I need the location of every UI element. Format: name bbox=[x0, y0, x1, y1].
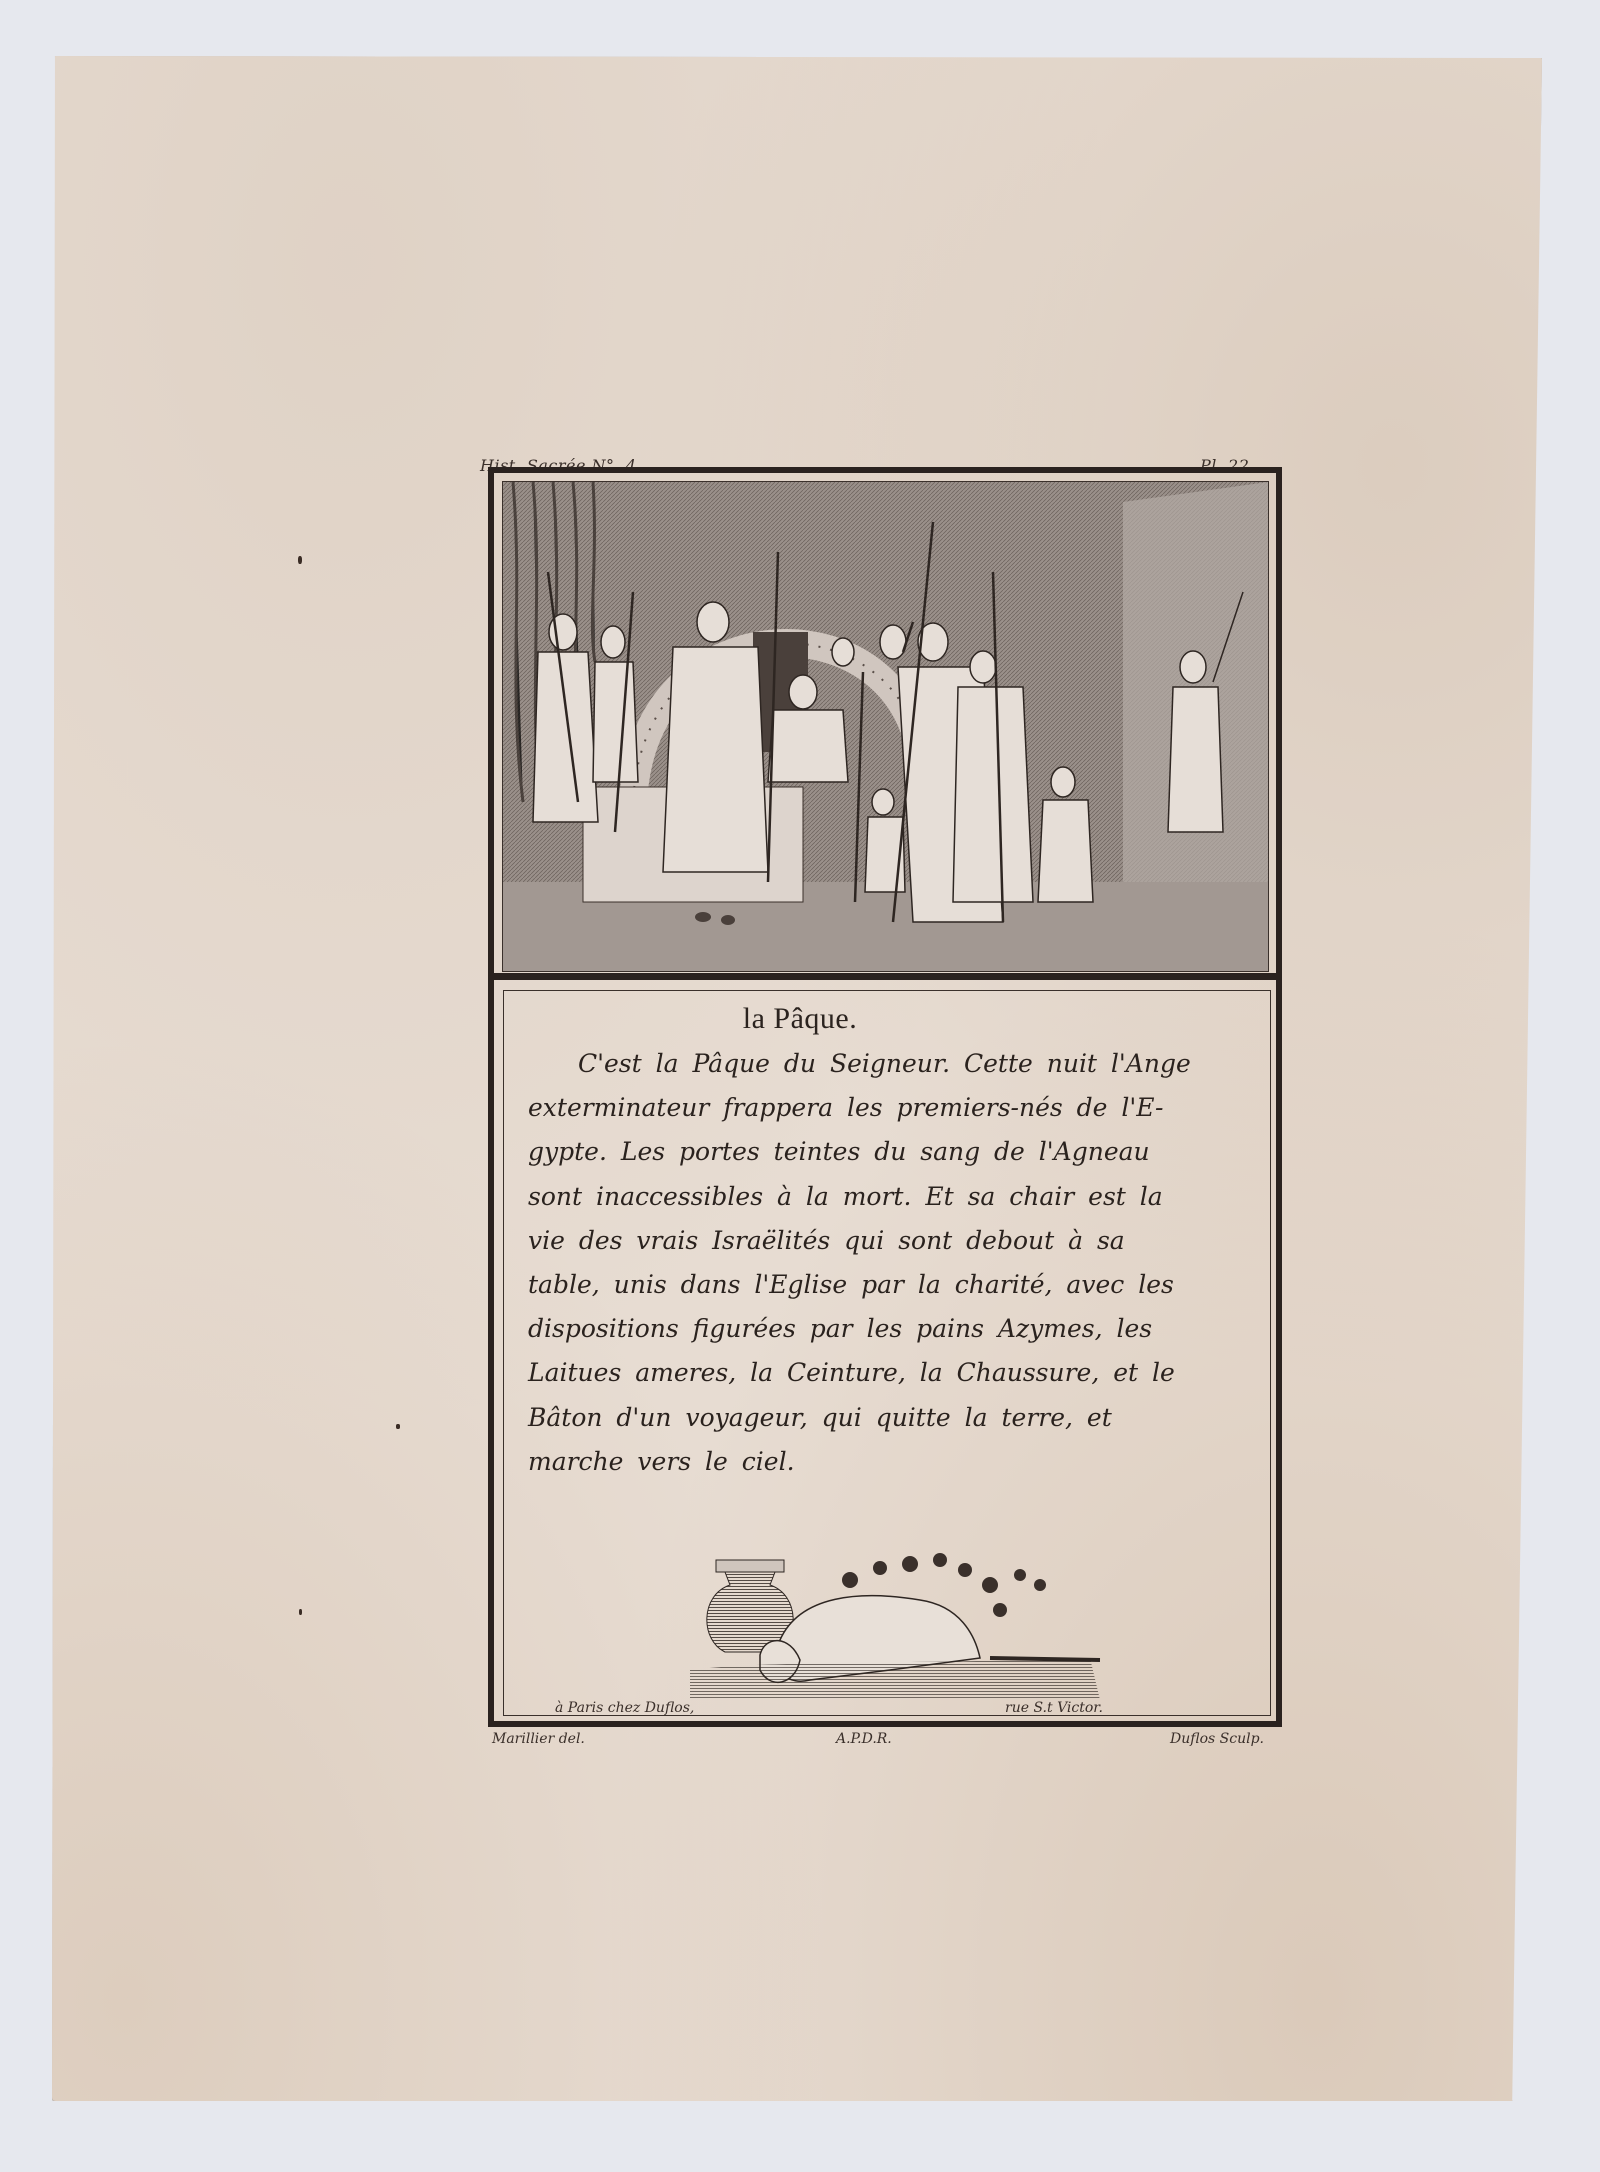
main-scene-illustration bbox=[502, 481, 1269, 972]
frame-divider bbox=[488, 973, 1282, 980]
caption-line: marche vers le ciel. bbox=[528, 1440, 1268, 1484]
credit-privilege: A.P.D.R. bbox=[836, 1731, 892, 1747]
caption-line: vie des vrais Israëlités qui sont debout… bbox=[528, 1219, 1268, 1263]
lamb-and-urn-icon bbox=[690, 1540, 1110, 1700]
caption-line: sont inaccessibles à la mort. Et sa chai… bbox=[528, 1175, 1268, 1219]
credit-engraver: Duflos Sculp. bbox=[1170, 1731, 1264, 1747]
foxing-spot bbox=[396, 1424, 400, 1429]
foxing-spot bbox=[299, 1609, 302, 1615]
passover-scene-icon bbox=[503, 482, 1268, 971]
imprint-address: rue S.t Victor. bbox=[1005, 1700, 1103, 1716]
caption-line: table, unis dans l'Eglise par la charité… bbox=[528, 1263, 1268, 1307]
lamb-vignette bbox=[690, 1540, 1110, 1700]
caption-line: Laitues ameres, la Ceinture, la Chaussur… bbox=[528, 1351, 1268, 1395]
foxing-spot bbox=[298, 556, 302, 564]
caption-line: exterminateur frappera les premiers-nés … bbox=[528, 1086, 1268, 1130]
caption-text: C'est la Pâque du Seigneur. Cette nuit l… bbox=[528, 1042, 1268, 1484]
caption-line: C'est la Pâque du Seigneur. Cette nuit l… bbox=[528, 1042, 1268, 1086]
imprint-publisher: à Paris chez Duflos, bbox=[555, 1700, 694, 1716]
caption-line: gypte. Les portes teintes du sang de l'A… bbox=[528, 1130, 1268, 1174]
caption-line: Bâton d'un voyageur, qui quitte la terre… bbox=[528, 1396, 1268, 1440]
caption-line: dispositions figurées par les pains Azym… bbox=[528, 1307, 1268, 1351]
credit-designer: Marillier del. bbox=[492, 1731, 585, 1747]
plate-title: la Pâque. bbox=[0, 1002, 1600, 1036]
